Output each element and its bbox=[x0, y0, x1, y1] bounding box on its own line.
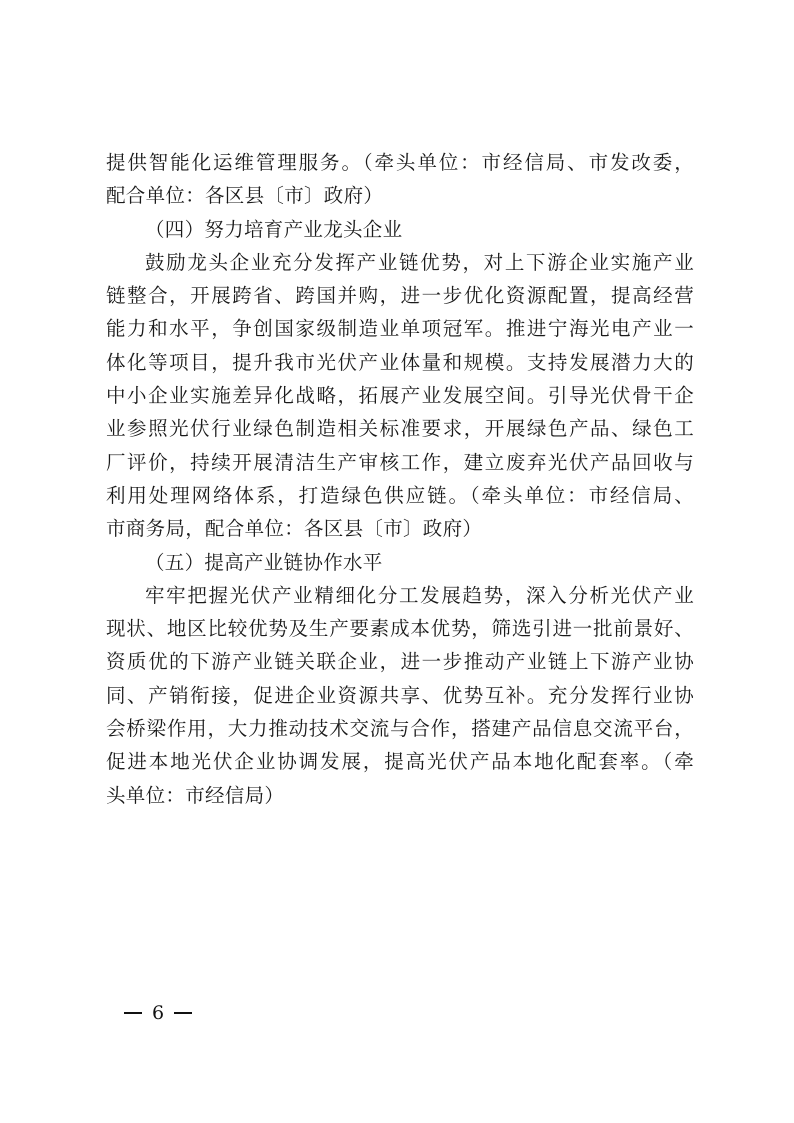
paragraph-line: 厂评价，持续开展清洁生产审核工作，建立废弃光伏产品回收与 bbox=[106, 446, 694, 479]
paragraph-line: 牢牢把握光伏产业精细化分工发展趋势，深入分析光伏产业 bbox=[106, 579, 694, 612]
paragraph-line: 利用处理网络体系，打造绿色供应链。（牵头单位：市经信局、 bbox=[106, 479, 694, 512]
paragraph-line: 配合单位：各区县〔市〕政府） bbox=[106, 179, 694, 212]
paragraph-line: 提供智能化运维管理服务。（牵头单位：市经信局、市发改委， bbox=[106, 146, 694, 179]
paragraph-line: 业参照光伏行业绿色制造相关标准要求，开展绿色产品、绿色工 bbox=[106, 412, 694, 445]
paragraph-line: 中小企业实施差异化战略，拓展产业发展空间。引导光伏骨干企 bbox=[106, 379, 694, 412]
section-heading-4: （四）努力培育产业龙头企业 bbox=[106, 213, 694, 246]
paragraph-line: 体化等项目，提升我市光伏产业体量和规模。支持发展潜力大的 bbox=[106, 346, 694, 379]
paragraph-line: 同、产销衔接，促进企业资源共享、优势互补。充分发挥行业协 bbox=[106, 679, 694, 712]
paragraph-line: 现状、地区比较优势及生产要素成本优势，筛选引进一批前景好、 bbox=[106, 612, 694, 645]
paragraph-line: 促进本地光伏企业协调发展，提高光伏产品本地化配套率。（牵 bbox=[106, 745, 694, 778]
paragraph-line: 会桥梁作用，大力推动技术交流与合作，搭建产品信息交流平台， bbox=[106, 712, 694, 745]
document-page: 提供智能化运维管理服务。（牵头单位：市经信局、市发改委， 配合单位：各区县〔市〕… bbox=[0, 0, 794, 1123]
paragraph-line: 头单位：市经信局） bbox=[106, 779, 694, 812]
dash-left bbox=[124, 1012, 142, 1014]
paragraph-line: 市商务局，配合单位：各区县〔市〕政府） bbox=[106, 512, 694, 545]
section-heading-5: （五）提高产业链协作水平 bbox=[106, 546, 694, 579]
paragraph-line: 能力和水平，争创国家级制造业单项冠军。推进宁海光电产业一 bbox=[106, 312, 694, 345]
page-number-value: 6 bbox=[152, 1000, 164, 1026]
dash-right bbox=[174, 1012, 192, 1014]
paragraph-line: 资质优的下游产业链关联企业，进一步推动产业链上下游产业协 bbox=[106, 645, 694, 678]
document-body: 提供智能化运维管理服务。（牵头单位：市经信局、市发改委， 配合单位：各区县〔市〕… bbox=[106, 146, 694, 812]
paragraph-line: 鼓励龙头企业充分发挥产业链优势，对上下游企业实施产业 bbox=[106, 246, 694, 279]
paragraph-line: 链整合，开展跨省、跨国并购，进一步优化资源配置，提高经营 bbox=[106, 279, 694, 312]
page-number: 6 bbox=[124, 1000, 192, 1026]
